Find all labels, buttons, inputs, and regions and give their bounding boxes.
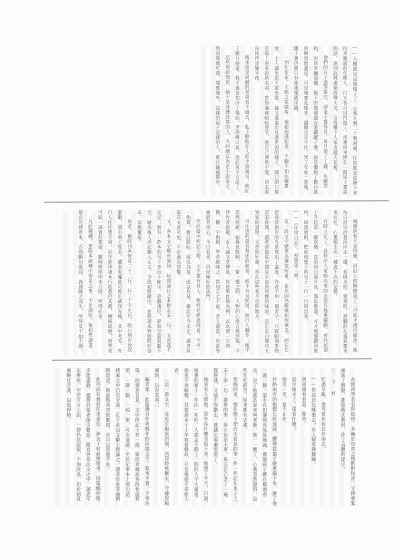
- section-divider-2: [52, 358, 372, 361]
- text-paragraph: 此外尚有幾封往來書信，涉及下村前後情事，因篇幅所限，未能盡錄，僅擇其要者節引數語…: [63, 368, 102, 506]
- text-paragraph: 吃過早飯，他夾着布包往村南去。: [318, 368, 328, 506]
- text-paragraph: 又，各本文字頗有異同。坊間通行之本脫去末二句，文意遂不完足；別有一鈔本於句下多出…: [134, 210, 173, 356]
- text-paragraph: 再者，舊時刊本每頁二十二行，行二十字左右，版心刻有卷次葉數，間有刻工姓名。藏書家…: [94, 210, 133, 356]
- text-paragraph: 至於篇中所記人物，大半實有其人，惟姓名經過改易，不可一一指實。舊註紛紜，或以為某…: [173, 210, 202, 356]
- text-paragraph: 凡此種種，皆版本流傳中常見之事，不足深怪。惟初學讀書，最宜先擇善本，否則斷句既誤…: [75, 210, 95, 356]
- text-paragraph: 村路兩旁的楊樹已經成蔭，蟬聲從葉子縫裏漏下來，灑了他一頭一臉。渠水在田壟間亮晃晃…: [239, 368, 278, 506]
- text-paragraph: 到南頭看看渠。他答。: [298, 368, 308, 506]
- text-section-1: ——大概就是這個樣子了。公寓九號二十號兩處，住的都是從鄉下來投奔親戚的年輕人，白…: [201, 46, 359, 196]
- text-paragraph: 城裏的春天來得遲，河沿上的柳樹到了三月底才透出綠意。他每日清早沿着河岸走一遭，看…: [330, 210, 359, 356]
- text-paragraph: ——《仕宦日記》，初版第二冊。: [290, 210, 300, 356]
- section-heading: 三、下 村: [328, 368, 338, 506]
- text-paragraph: 他們的日子過得緊巴，卻並不覺得苦。每月領了工錢，先繳房租，再買米麵油鹽，餘下的幾…: [290, 46, 329, 196]
- text-paragraph: （這一節文字，見於手稿第四冊，刊印時被刪去，今據原稿補回，以存其真。）: [151, 368, 171, 506]
- text-paragraph: ——你這是往哪裏去？有人隔着矮牆喊。: [308, 368, 318, 506]
- scanned-book-page: ——大概就是這個樣子了。公寓九號二十號兩處，住的都是從鄉下來投奔親戚的年輕人，白…: [0, 0, 400, 560]
- text-paragraph: 有時立定了，看對岸人家晾出來的衣裳在風裏擺動，看灶屋頂上升起第一縷炊煙，直看到日…: [300, 210, 329, 356]
- text-paragraph: 這些瑣碎情形，倘不是身歷其境的人，大約總以為是小說家言。然而那幾年間，城裏城外，…: [212, 46, 232, 196]
- text-paragraph: 後來有人問他，當年為什麼肯留下來。他想了半天，只說，地裏的麥子一年比一年好，人就…: [171, 368, 210, 506]
- text-section-2: 城裏的春天來得遲，河沿上的柳樹到了三月底才透出綠意。他每日清早沿着河岸走一遭，看…: [63, 210, 359, 356]
- text-section-3: 為使初學者有所依傍，本編於每章之後酌附短評，又擇要緊處加了圈點，都照舊式教材，作…: [55, 368, 357, 506]
- text-paragraph: 後來還是同鄉的老周看不過去，私下勸他在人前少說兩句。他紅了臉分辯道，我不過是怕冷…: [232, 46, 252, 196]
- text-paragraph: 傍晚回來，他在燈下把白天看見的事一件一件記在本子上，末了添一句：群眾的事，再小也…: [210, 368, 239, 506]
- text-paragraph: 可注意的還有敘述的節奏。前半句句促短，如行人腳步；後半忽然放緩，如霧氣散開。一緊…: [202, 210, 251, 356]
- text-paragraph: 渠早通水了，還看什麼？: [288, 368, 298, 506]
- text-paragraph: 這一段文字歷來為選家所重，並非因為辭藻如何華美，而在它把尋常街市的光景寫出了溫度…: [251, 210, 290, 356]
- text-paragraph: ——大概就是這個樣子了。公寓九號二十號兩處，住的都是從鄉下來投奔親戚的年輕人，白…: [330, 46, 359, 196]
- text-paragraph: 編者案：此篇選自作者晚年的回憶文字，敘事平實，不事渲染，而情意自見。文中所記下村…: [102, 368, 151, 506]
- text-paragraph: 一到仕宦家、大族之家做客，他便拘謹起來，手腳不知往哪裏放，主人讓坐也不敢坐實，偏…: [251, 46, 290, 196]
- text-paragraph: 他笑一笑，並不止步。: [279, 368, 289, 506]
- text-paragraph: 為使初學者有所依傍，本編於每章之後酌附短評，又擇要緊處加了圈點，都照舊式教材，作…: [337, 368, 357, 506]
- section-divider-1: [44, 200, 389, 204]
